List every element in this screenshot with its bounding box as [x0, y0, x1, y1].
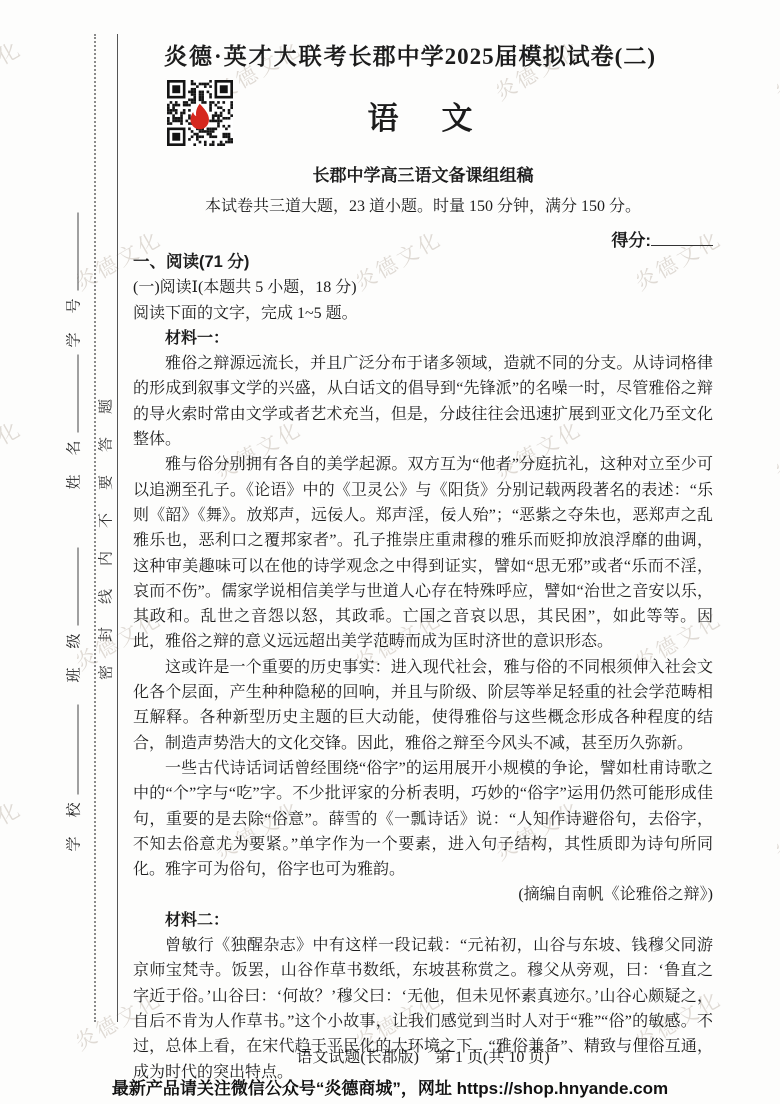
- seal-notice-text: 密封线内不要答题: [95, 376, 116, 680]
- field-student-number-label: 学 号: [67, 296, 83, 347]
- seal-solid-line: [117, 34, 118, 1022]
- field-name-blank: [76, 354, 79, 432]
- material-1-paragraph: 这或许是一个重要的历史事实：进入现代社会，雅与俗的不同根须伸入社会文化各个层面，…: [133, 655, 713, 756]
- material-2-label: 材料二：: [133, 908, 713, 933]
- section-1-heading: 一、阅读(71 分): [133, 250, 713, 275]
- paper-subtitle: 长郡中学高三语文备课组组稿: [133, 161, 713, 186]
- material-1-paragraph: 一些古代诗话词话曾经围绕“俗字”的运用展开小规模的争论，譬如杜甫诗歌之中的“个”…: [133, 756, 713, 882]
- material-1-label: 材料一：: [133, 326, 713, 351]
- exam-series-brand: 炎德·英才大联考: [164, 44, 349, 69]
- score-row: 得分:: [133, 226, 713, 251]
- field-name-label: 姓 名: [67, 438, 83, 489]
- material-1-paragraph: 雅俗之辩源远流长，并且广泛分布于诸多领域，造就不同的分支。从诗词格律的形成到叙事…: [133, 351, 713, 452]
- field-school-label: 学 校: [67, 800, 83, 851]
- material-1-paragraph: 雅与俗分别拥有各自的美学起源。双方互为“他者”分庭抗礼，这种对立至少可以追溯至孔…: [133, 452, 713, 654]
- exam-instructions: 本试卷共三道大题，23 道小题。时量 150 分钟，满分 150 分。: [133, 193, 713, 216]
- score-label: 得分:: [611, 231, 651, 250]
- field-school-blank: [76, 704, 79, 794]
- field-class-blank: [76, 547, 79, 625]
- subsection-heading: (一)阅读Ⅰ(本题共 5 小题，18 分): [133, 275, 713, 300]
- field-class-label: 班 级: [67, 631, 83, 682]
- material-1-source: (摘编自南帆《论雅俗之辩》): [133, 882, 713, 907]
- score-blank-line: [651, 242, 713, 246]
- exam-title: 炎德·英才大联考长郡中学2025届模拟试卷(二): [110, 38, 710, 71]
- field-student-number-blank: [76, 212, 79, 290]
- content-column: 一、阅读(71 分) (一)阅读Ⅰ(本题共 5 小题，18 分) 阅读下面的文字…: [133, 250, 713, 1085]
- footer-promo: 最新产品请关注微信公众号“炎德商城”，网址 https://shop.hnyan…: [0, 1074, 780, 1099]
- reading-prompt: 阅读下面的文字，完成 1~5 题。: [133, 301, 713, 326]
- exam-title-rest: 长郡中学2025届模拟试卷(二): [349, 44, 656, 69]
- exam-paper-page: 炎德文化炎德文化炎德文化炎德文化炎德文化炎德文化炎德文化炎德文化炎德文化炎德文化…: [0, 0, 780, 1104]
- footer-page-info: 语文试题(长郡版) 第 1 页(共 10 页): [133, 1044, 713, 1067]
- subject-title: 语 文: [133, 93, 713, 138]
